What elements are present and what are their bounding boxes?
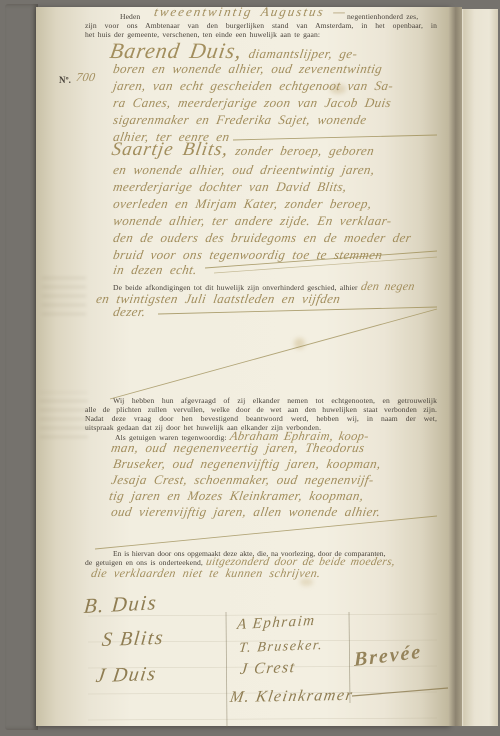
bride-line: in dezen echt.: [112, 262, 198, 278]
proclamation-handwritten-line: dezer.: [112, 304, 147, 320]
groom-line1-rest: diamantslijper, ge-: [240, 46, 358, 61]
witness-line: tig jaren en Mozes Kleinkramer, koopman,: [108, 488, 365, 504]
signature-witness-2: T. Bruseker.: [238, 638, 324, 657]
next-page-edge: [462, 9, 498, 726]
groom-line: jaren, van echt gescheiden echtgenoot va…: [112, 78, 395, 94]
bride-line: meerderjarige dochter van David Blits,: [112, 179, 348, 195]
bride-name: Saartje Blits,: [110, 139, 230, 160]
ink-bleedthrough: [40, 392, 88, 438]
bride-line: bruid voor ons tegenwoordig toe te stemm…: [112, 247, 384, 263]
act-number-label: Nº.: [59, 76, 71, 85]
signature-witness-3: J Crest: [239, 659, 297, 679]
ink-bleedthrough: [42, 275, 86, 315]
witness-line: Jesaja Crest, schoenmaker, oud negenenvi…: [110, 472, 375, 488]
intro-printed-year: negentienhonderd zes,: [347, 12, 418, 21]
witness-line: man, oud negenenveertig jaren, Theodorus: [110, 440, 366, 456]
marriage-certificate-scan: Nº. 700 Heden tweeentwintig Augustus — n…: [0, 0, 500, 736]
vows-line-2: alle de plichten zullen vervullen, welke…: [85, 405, 437, 414]
book-page-edges: [5, 4, 38, 730]
bride-line: overleden en Mirjam Kater, zonder beroep…: [112, 196, 373, 212]
closing-handwritten-line: die verklaarden niet te kunnen schrijven…: [90, 566, 322, 581]
vows-line-3: Nadat deze vraag door hen bevestigend be…: [85, 414, 437, 423]
signature-witness-4: M. Kleinkramer: [229, 687, 355, 707]
groom-line: ra Canes, meerderjarige zoon van Jacob D…: [112, 95, 392, 111]
witness-line: oud vierenvijftig jaren, allen wonende a…: [110, 504, 382, 520]
intro-handwritten-date: tweeentwintig Augustus —: [153, 4, 348, 20]
bride-name-line: Saartje Blits, zonder beroep, geboren: [110, 139, 376, 161]
signature-groom: B. Duis: [83, 590, 159, 619]
intro-printed-heden: Heden: [120, 12, 140, 21]
bride-line: den de ouders des bruidegoms en de moede…: [112, 230, 413, 246]
paper-stain: [294, 338, 305, 349]
bride-line1-rest: zonder beroep, geboren: [227, 143, 375, 158]
act-number-value: 700: [75, 70, 97, 85]
bride-line: en wonende alhier, oud drieentwintig jar…: [112, 162, 376, 178]
groom-line: boren en wonende alhier, oud zevenentwin…: [112, 61, 383, 77]
signature-father-groom: J Duis: [94, 663, 158, 688]
groom-line: sigarenmaker en Frederika Sajet, wonende: [112, 112, 368, 128]
signature-bride: S Blits: [101, 627, 166, 652]
bride-line: wonende alhier, ter andere zijde. En ver…: [112, 213, 393, 229]
vows-line-1: Wij hebben hun afgevraagd of zij elkande…: [113, 396, 437, 405]
proclamation-handwritten-inline: den negen: [360, 282, 415, 291]
intro-line-2: zijn voor ons Ambtenaar van den burgerli…: [85, 21, 437, 30]
witness-line: Bruseker, oud negenenvijftig jaren, koop…: [112, 456, 382, 472]
book-gutter-shadow: [448, 7, 462, 726]
groom-name: Barend Duis,: [108, 38, 244, 63]
